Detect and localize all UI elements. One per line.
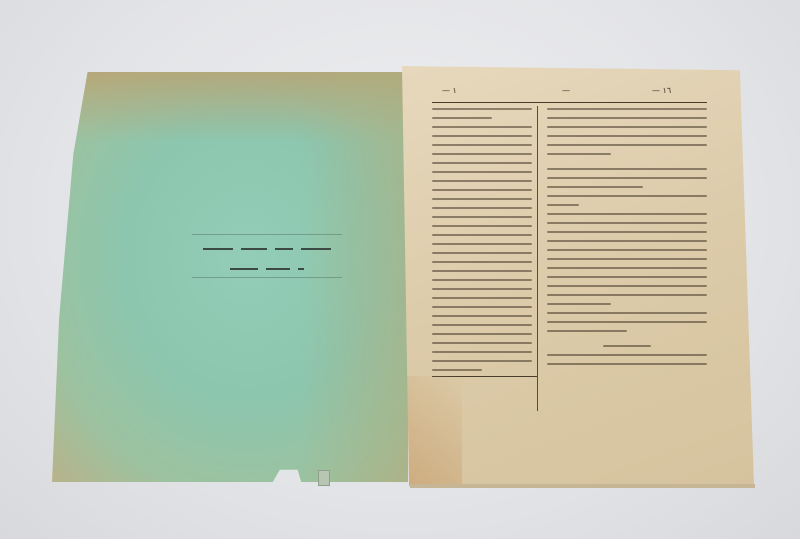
header-right: — ١٦ <box>652 86 671 95</box>
header-left: — ١ <box>442 86 457 95</box>
stamp-rule <box>192 277 342 278</box>
left-column-text <box>432 108 532 378</box>
page-stack-edge <box>410 484 755 488</box>
left-page-green-cover <box>52 72 408 482</box>
water-stain <box>402 376 462 486</box>
stamp-line-1 <box>202 241 332 255</box>
header-rule <box>432 102 707 103</box>
stamp-rule <box>192 234 342 235</box>
paper-tab <box>318 470 330 486</box>
right-page-text: — ١ — — ١٦ <box>402 66 754 486</box>
stamp-line-2 <box>202 261 332 275</box>
right-column-text <box>547 108 707 372</box>
header-center: — <box>562 86 570 95</box>
column-divider <box>537 106 538 411</box>
printed-stamp <box>182 232 352 280</box>
